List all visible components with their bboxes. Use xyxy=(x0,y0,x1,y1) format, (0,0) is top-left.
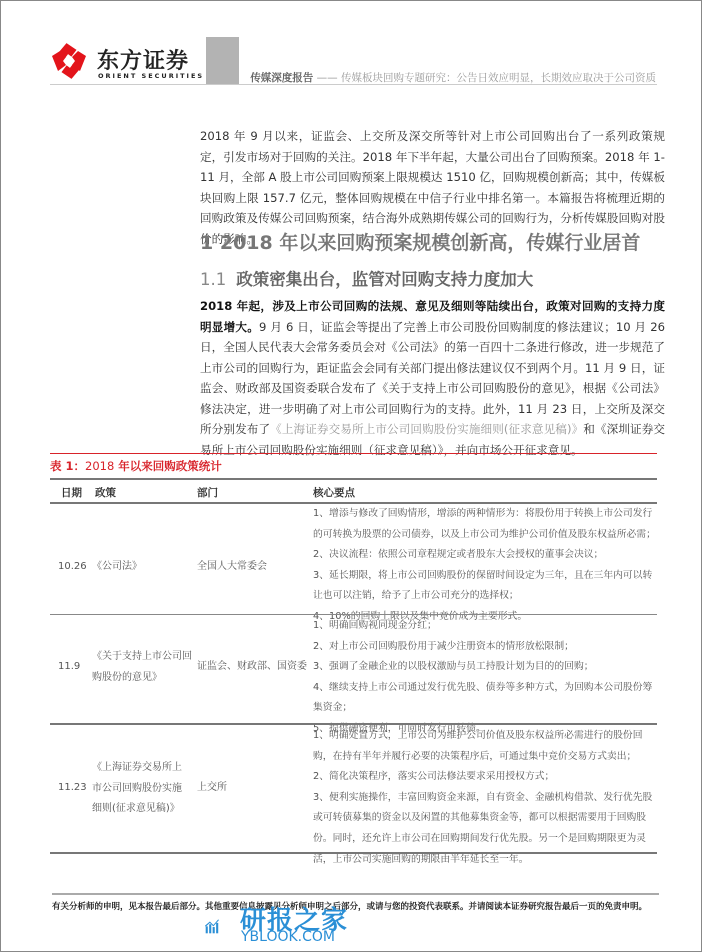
running-header: 传媒深度报告 —— 传媒板块回购专题研究：公告日效应明显，长期效应取决于公司资质 xyxy=(250,70,656,85)
column-header-department: 部门 xyxy=(197,485,218,500)
table-bottom-rule xyxy=(50,852,657,854)
key-point: 1、增添与修改了回购情形，增添的两种情形为：将股份用于转换上市公司发行的可转换为… xyxy=(313,504,658,545)
column-header-key-points: 核心要点 xyxy=(313,485,355,500)
row-date: 11.23 xyxy=(58,778,87,799)
row-date: 11.9 xyxy=(58,657,80,678)
logo-chinese-name: 东方证券 xyxy=(97,44,189,75)
table-header-top-rule xyxy=(50,478,657,480)
yblook-chart-logo-icon xyxy=(205,905,245,947)
table-year: 2018 xyxy=(85,459,114,473)
footer-divider xyxy=(52,893,659,895)
row-department: 证监会、财政部、国资委 xyxy=(197,657,307,678)
section-title: 政策密集出台，监管对回购支持力度加大 xyxy=(236,270,533,289)
row-date: 10.26 xyxy=(58,557,87,578)
row-divider xyxy=(50,723,657,725)
key-point: 3、延长期限，将上市公司回购股份的保留时间设定为三年，且在三年内可以转让也可以注… xyxy=(313,566,658,607)
sse-rules-reference: 《上海证券交易所上市公司回购股份实施细则(征求意见稿)》 xyxy=(270,422,583,436)
body-text: 9 月 6 日，证监会等提出了完善上市公司股份回购制度的修法建议；10 月 26… xyxy=(200,320,665,437)
row-key-points: 1、明确处置方式，上市公司为维护公司价值及股东权益所必需进行的股份回购，在持有半… xyxy=(313,726,658,870)
row-key-points: 1、增添与修改了回购情形，增添的两种情形为：将股份用于转换上市公司发行的可转换为… xyxy=(313,504,658,628)
row-policy: 《关于支持上市公司回购股份的意见》 xyxy=(92,647,192,688)
row-department: 上交所 xyxy=(197,778,227,799)
table-caption: 年以来回购政策统计 xyxy=(114,459,222,473)
section-1-heading: 1 2018 年以来回购预案规模创新高，传媒行业居首 xyxy=(200,228,640,255)
report-type: 传媒深度报告 xyxy=(250,72,313,84)
row-policy: 《上海证券交易所上市公司回购股份实施细则(征求意见稿)》 xyxy=(92,758,184,820)
row-key-points: 1、明确回购视同现金分红； 2、对上市公司回购股份用于减少注册资本的情形放松限制… xyxy=(313,616,658,740)
report-title: 传媒板块回购专题研究：公告日效应明显，长期效应取决于公司资质 xyxy=(341,72,656,84)
key-point: 4、继续支持上市公司通过发行优先股、债券等多种方式，为回购本公司股份筹集资金； xyxy=(313,678,658,719)
key-point: 3、便利实施操作，丰富回购资金来源，自有资金、金融机构借款、发行优先股或可转债募… xyxy=(313,788,658,870)
section-1-1-body: 2018 年起，涉及上市公司回购的法规、意见及细则等陆续出台，政策对回购的支持力… xyxy=(200,296,665,460)
watermark-english: YBLOOK.COM xyxy=(241,929,335,945)
row-policy: 《公司法》 xyxy=(92,557,142,578)
orient-securities-logo: 东方证券 ORIENT SECURITIES xyxy=(50,40,190,80)
column-header-date: 日期 xyxy=(61,485,82,500)
header-gray-block xyxy=(206,37,239,84)
table-number: 表 1： xyxy=(50,459,85,473)
row-department: 全国人大常委会 xyxy=(197,557,267,578)
key-point: 1、明确回购视同现金分红； xyxy=(313,616,658,637)
key-point: 2、简化决策程序，落实公司法修法要求采用授权方式； xyxy=(313,767,658,788)
orient-logo-mark-icon xyxy=(50,43,88,79)
key-point: 3、强调了金融企业的以股权激励与员工持股计划为目的的回购； xyxy=(313,657,658,678)
header-separator: —— xyxy=(317,72,338,84)
logo-english-name: ORIENT SECURITIES xyxy=(98,72,204,80)
key-point: 2、决议流程：依照公司章程规定或者股东大会授权的董事会决议； xyxy=(313,545,658,566)
section-number: 1.1 xyxy=(200,270,226,289)
footer-disclaimer: 有关分析师的申明，见本报告最后部分。其他重要信息披露见分析师申明之后部分，或请与… xyxy=(52,900,647,912)
key-point: 2、对上市公司回购股份用于减少注册资本的情形放松限制； xyxy=(313,637,658,658)
column-header-policy: 政策 xyxy=(95,485,116,500)
row-divider xyxy=(50,614,657,615)
key-point: 1、明确处置方式，上市公司为维护公司价值及股东权益所必需进行的股份回购，在持有半… xyxy=(313,726,658,767)
section-1-1-heading: 1.1政策密集出台，监管对回购支持力度加大 xyxy=(200,266,533,290)
table-top-rule xyxy=(50,453,657,454)
table-title: 表 1：2018 年以来回购政策统计 xyxy=(50,458,222,474)
